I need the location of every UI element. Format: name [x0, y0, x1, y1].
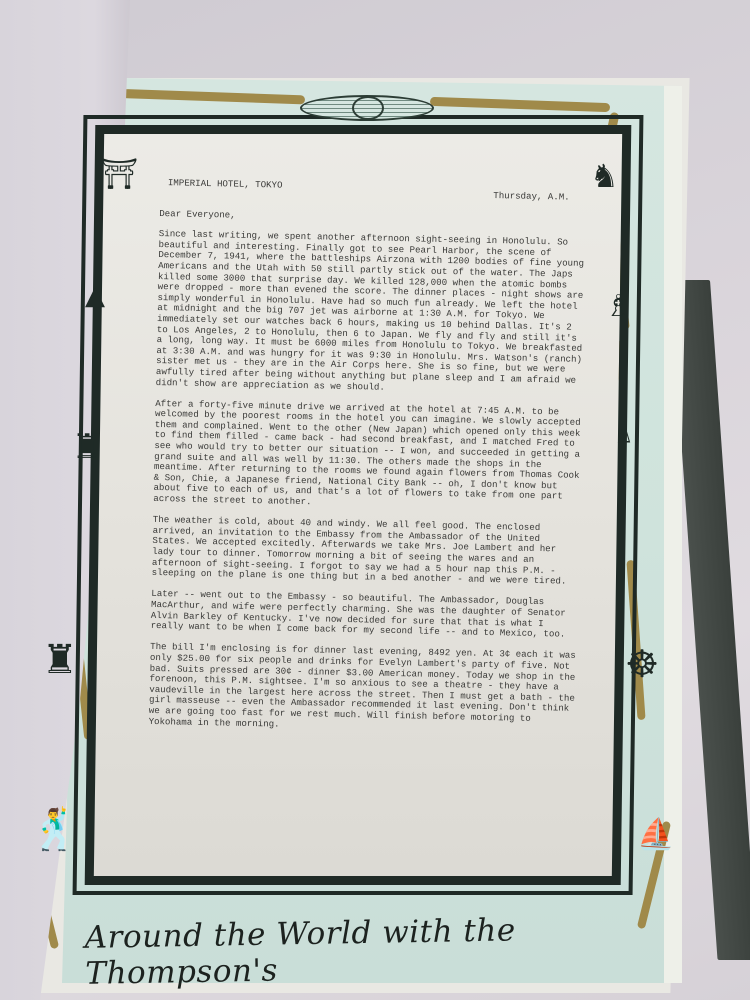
castle-tower-icon: ♜	[42, 640, 78, 680]
pyramid-icon: ▲	[85, 283, 105, 309]
gondola-icon: ⛵	[637, 820, 674, 850]
tower-icon: ♜	[72, 430, 102, 464]
winged-statue-icon: ♗	[605, 292, 632, 322]
eiffel-tower-icon: ⍋	[615, 418, 633, 448]
pagoda-icon: ⛩	[100, 160, 138, 190]
letterhead-location: IMPERIAL HOTEL, TOKYO	[168, 178, 283, 197]
paragraph: The bill I'm enclosing is for dinner las…	[149, 642, 581, 736]
paragraph: The weather is cold, about 40 and windy.…	[152, 515, 583, 588]
paragraph: Later -- went out to the Embassy - so be…	[150, 589, 581, 640]
dancer-icon: 🕺	[30, 810, 80, 850]
footer-title: Around the World with the Thompson's	[84, 910, 645, 992]
paragraph: After a forty-five minute drive we arriv…	[153, 399, 585, 514]
salutation: Dear Everyone,	[159, 209, 589, 229]
globe-icon	[300, 95, 434, 121]
horse-statue-icon: ♞	[590, 160, 619, 192]
buddha-icon: ☸	[625, 645, 659, 683]
letter-body: IMPERIAL HOTEL, TOKYO Thursday, A.M. Dea…	[148, 178, 590, 747]
paragraph: Since last writing, we spent another aft…	[156, 229, 589, 397]
dateline: Thursday, A.M.	[493, 185, 570, 203]
